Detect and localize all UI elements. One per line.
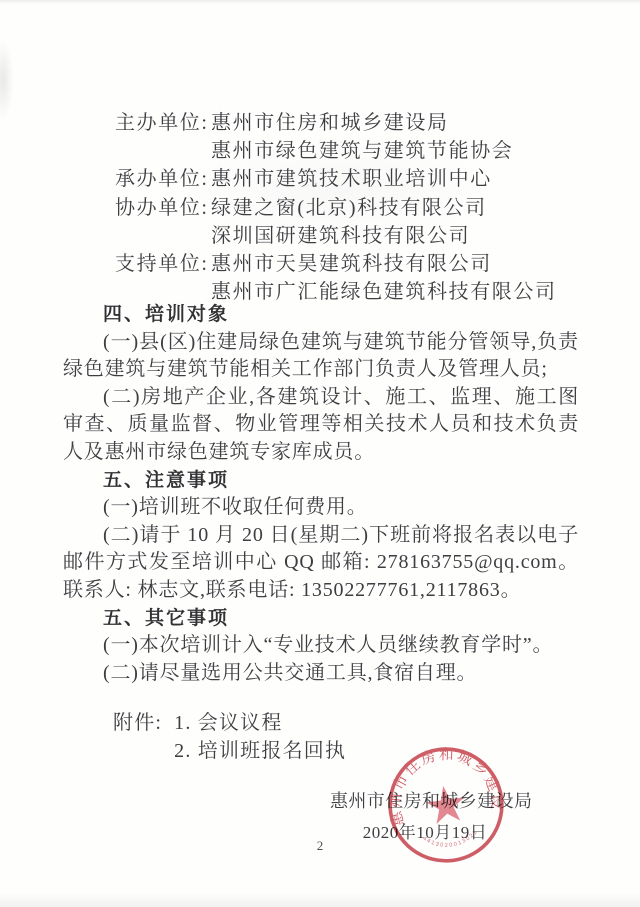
paragraph: (二)请于 10 月 20 日(星期二)下班前将报名表以电子邮件方式发至培训中心… <box>63 522 579 605</box>
unit-line: 深圳国研建筑科技有限公司 <box>211 222 487 250</box>
unit-row: 支持单位:惠州市天昊建筑科技有限公司惠州市广汇能绿色建筑科技有限公司 <box>115 250 557 306</box>
organizing-units-list: 主办单位:惠州市住房和城乡建设局惠州市绿色建筑与建筑节能协会承办单位:惠州市建筑… <box>115 109 557 306</box>
unit-line: 惠州市绿色建筑与建筑节能协会 <box>211 137 513 165</box>
scan-artifact-bottom <box>0 893 640 907</box>
unit-line: 惠州市建筑技术职业培训中心 <box>211 165 492 193</box>
svg-text:4413020013021: 4413020013021 <box>421 828 481 852</box>
scan-artifact-top <box>0 0 640 4</box>
paragraph: (一)培训班不收取任何费用。 <box>63 494 579 522</box>
unit-line: 惠州市住房和城乡建设局 <box>211 109 513 137</box>
sections: 四、培训对象(一)县(区)住建局绿色建筑与建筑节能分管领导,负责绿色建筑与建筑节… <box>63 301 579 687</box>
unit-lines: 惠州市建筑技术职业培训中心 <box>211 165 492 193</box>
unit-lines: 绿建之窗(北京)科技有限公司深圳国研建筑科技有限公司 <box>211 194 487 250</box>
unit-lines: 惠州市住房和城乡建设局惠州市绿色建筑与建筑节能协会 <box>211 109 513 165</box>
seal-ring-text: 惠州市住房和城乡建设局 <box>384 741 507 830</box>
page-number: 2 <box>0 838 640 854</box>
section-heading: 五、注意事项 <box>103 467 579 495</box>
unit-lines: 惠州市天昊建筑科技有限公司惠州市广汇能绿色建筑科技有限公司 <box>211 250 557 306</box>
unit-line: 绿建之窗(北京)科技有限公司 <box>211 194 487 222</box>
attachments-block: 附件: 1. 会议议程2. 培训班报名回执 <box>113 709 346 765</box>
document-page: 主办单位:惠州市住房和城乡建设局惠州市绿色建筑与建筑节能协会承办单位:惠州市建筑… <box>0 0 640 907</box>
attachment-item: 1. 会议议程 <box>174 709 346 737</box>
unit-row: 承办单位:惠州市建筑技术职业培训中心 <box>115 165 557 193</box>
unit-label: 主办单位: <box>115 109 211 165</box>
paragraph: (二)房地产企业,各建筑设计、施工、监理、施工图审查、质量监督、物业管理等相关技… <box>63 384 579 467</box>
unit-label: 承办单位: <box>115 165 211 193</box>
seal-star <box>424 783 467 825</box>
seal-serial-number: 4413020013021 <box>421 828 481 852</box>
attachments-label: 附件: <box>113 709 162 765</box>
unit-row: 主办单位:惠州市住房和城乡建设局惠州市绿色建筑与建筑节能协会 <box>115 109 557 165</box>
unit-line: 惠州市天昊建筑科技有限公司 <box>211 250 557 278</box>
official-seal: 惠州市住房和城乡建设局 4413020013021 <box>384 741 510 871</box>
unit-label: 支持单位: <box>115 250 211 306</box>
attachment-item: 2. 培训班报名回执 <box>174 737 346 765</box>
paragraph: (二)请尽量选用公共交通工具,食宿自理。 <box>63 660 579 688</box>
section-heading: 五、其它事项 <box>103 605 579 633</box>
scan-artifact-smudge <box>0 40 14 120</box>
unit-row: 协办单位:绿建之窗(北京)科技有限公司深圳国研建筑科技有限公司 <box>115 194 557 250</box>
unit-label: 协办单位: <box>115 194 211 250</box>
paragraph: (一)本次培训计入“专业技术人员继续教育学时”。 <box>63 632 579 660</box>
attachment-items: 1. 会议议程2. 培训班报名回执 <box>174 709 346 765</box>
svg-text:惠州市住房和城乡建设局: 惠州市住房和城乡建设局 <box>384 741 507 830</box>
paragraph: (一)县(区)住建局绿色建筑与建筑节能分管领导,负责绿色建筑与建筑节能相关工作部… <box>63 329 579 384</box>
section-heading: 四、培训对象 <box>103 301 579 329</box>
